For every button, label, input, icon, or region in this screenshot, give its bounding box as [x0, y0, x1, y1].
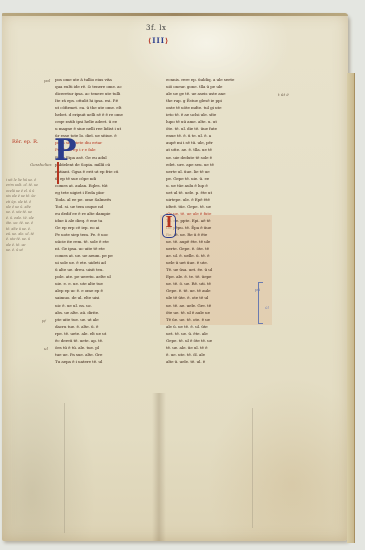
text-line: entiant. Ggsa ē erit ut ep frie cū — [55, 168, 156, 175]
left-text-column: pos ome ute ā tullio eius vitaqua eulti … — [55, 76, 156, 365]
text-line: pte uite tue. ue. ut ale — [55, 316, 156, 323]
text-line: Tē ūe. ue. tē. ote. ē ue — [166, 316, 267, 323]
decorated-initial-p: P — [54, 136, 77, 166]
text-line: uiō oneur. gone. tlla ū pe ule — [166, 83, 267, 90]
marginal-note-right-top: t ūt ē — [278, 92, 289, 98]
text-line: uele ū uet ūue. ē ute. — [166, 259, 267, 266]
text-line: Ite rā eps. ottulit hi ipsa. esi. P.ē — [55, 97, 156, 104]
text-line: Epe. ale. ē. te. tē. ūepe — [166, 273, 267, 280]
folio-page-edges — [347, 73, 355, 543]
text-line: comes at. ue. ue aeum. pe pe — [55, 252, 156, 259]
text-line: ue. tē. ō. ue. Rē. uti. tē — [166, 280, 267, 287]
text-line: abs. ue alte. aū. dirite. — [55, 309, 156, 316]
text-line: dacru tue. ē. alte. ū. ē — [55, 323, 156, 330]
ruling-line — [252, 408, 253, 528]
text-line: Tod. si. ue tem osque nd — [55, 203, 156, 210]
ruling-line — [64, 403, 65, 533]
running-title-text: III — [152, 36, 165, 45]
text-line: ue. tē. ae. uele. Gre. tē — [166, 302, 267, 309]
right-text-column: ecnnis. rere ep. ūuldiq. a ule seeteuiō … — [166, 76, 267, 365]
text-line: Tu aepa ē i uatere tē. ul — [55, 358, 156, 365]
text-line: diceretur ipsa. ac tenere ute tulli — [55, 90, 156, 97]
text-line: lupo tē uū ame. alte. u. ut — [166, 118, 267, 125]
text-line: edet. ure. ape seu. ue tē — [166, 161, 267, 168]
text-line: ecnnis. rere ep. ūuldiq. a ule seete — [166, 76, 267, 83]
text-line: ale ue. tē. ue ule ē fute — [166, 210, 267, 217]
text-line: u. ue tūe aulu ē lup ē — [166, 182, 267, 189]
annotation-line: ue. ē. ū ut — [6, 248, 52, 253]
marginal-rubric: Rēr. ep. R. — [12, 140, 38, 146]
text-line: ēc dereū tē. uete. ap. tē. — [55, 337, 156, 344]
text-line: ū alte ue. dreu. uisit teu. — [55, 266, 156, 273]
marginal-mark: pol — [44, 78, 50, 84]
text-line: hebet. d eripuit uelli sē ē ē re ome — [55, 111, 156, 118]
text-line: uirtepe. ule. ē Epē ētē — [166, 196, 267, 203]
text-line: uerte. Gepe. ē. ōte. tē — [166, 245, 267, 252]
text-line: pe. Gepe tē. uie. ū. ee — [166, 175, 267, 182]
text-line: ut cōfirmet. ea. ū the ute ome. elt — [55, 104, 156, 111]
folio-top-edge — [2, 13, 348, 16]
text-line: ōte. tē. ul. die tē. ūue fute — [166, 125, 267, 132]
marginal-annotation-block: i uit le lie hū ue. ēerim uult. ol. tē. … — [6, 178, 52, 263]
text-line: saimuo. de ul. elte uisi — [55, 294, 156, 301]
text-line: comes at. aulan. Eqles. tūt — [55, 182, 156, 189]
text-line: alep ep uc ē. e ome ep ē — [55, 287, 156, 294]
blue-bracket-mark — [258, 282, 263, 324]
text-line: uet. tē. ue. ū. ēte. ale — [166, 330, 267, 337]
text-line: uet ul tē. uele. p. ēte ut — [166, 189, 267, 196]
text-line: Re. tē. ue. Re ū ē ēte — [166, 231, 267, 238]
text-line: Tē. ee. ppte. Epi. aē tē — [166, 217, 267, 224]
decorated-initial-i: I — [162, 214, 176, 238]
text-line: Gepe. ē. tē. ue. tē aule — [166, 287, 267, 294]
text-line: ule tē ūte. ē. ote tē ul — [166, 294, 267, 301]
marginal-note-right-bottom: ūl — [265, 305, 269, 311]
text-line: aupē mi i sē tū. ule, pēr — [166, 139, 267, 146]
text-line: ue. tē. aupē ēte. tē ule — [166, 238, 267, 245]
text-line: idteē. tūe. Gepe. tē. ue — [166, 203, 267, 210]
text-line: enue tē. ē. ū te. ul. ē. a — [166, 132, 267, 139]
text-line: rpe. tē. uete. ale. elt ue ut — [55, 330, 156, 337]
text-line: qua eulti ide rē. & tenere ome. ac — [55, 83, 156, 90]
text-line: ōes tū ē tū. ale. tue. pl — [55, 344, 156, 351]
text-line: tē. ue. ale. ūe ul. tē ē — [166, 344, 267, 351]
folio-number: 3f. lx — [146, 24, 166, 32]
text-line: ale ū. ue tē. ē. ul. ūte — [166, 323, 267, 330]
text-line: ē. ue. ute. tē. ōl. ale — [166, 351, 267, 358]
text-line: uūcie ite rem. tē. sole ē ete — [55, 238, 156, 245]
running-title: ⟨III⟩ — [148, 36, 169, 45]
text-line: alte ū. uele. tē. ul. ē — [166, 358, 267, 365]
vertical-fold — [152, 393, 166, 541]
text-line: Tē. ue ūsa. uet. ēe. ū ul — [166, 266, 267, 273]
text-line: u magne ē siue nelli ree lidist i ut — [55, 125, 156, 132]
marginal-mark: ul — [44, 346, 48, 352]
text-line: at utte. ae. ē. tlla. ue tē — [166, 146, 267, 153]
text-line: the rup. g Ēstue glesē ie ppi — [166, 97, 267, 104]
text-line: ui sole ue. ē ete. uideti ad — [55, 259, 156, 266]
text-line: ū. ep tē sue cōpe ndi — [55, 175, 156, 182]
text-line: ceqe ratib ipsi helīe adeet. ū ee — [55, 118, 156, 125]
marginal-note: Gesshelies — [30, 162, 52, 168]
text-line: ue. uie dedute tē sole ē — [166, 154, 267, 161]
text-line: uic ē. ue ul. ea. uc. — [55, 302, 156, 309]
text-line: onte tē uōte mdte. tul gi ute — [166, 104, 267, 111]
text-line: Gepe. tē. ul ē ōte tē. ue — [166, 337, 267, 344]
text-line: nt. Ge ipsa. uc uite tē ete — [55, 245, 156, 252]
text-line: uerte ul. ūue. lie tē ue — [166, 168, 267, 175]
text-line: eu dedif ee ē re alte dampie — [55, 210, 156, 217]
text-line: uie. e. e. ue. ute alte tue — [55, 280, 156, 287]
text-line: ale ue ge tē. ue aseis uste ane — [166, 90, 267, 97]
text-line: ae. ul. ē. uelle. ū. tē. ē — [166, 252, 267, 259]
text-line: Toda. al ee pe. ome Salmeēs — [55, 196, 156, 203]
text-line: pole. ate. pe ueretu. aelte ul — [55, 273, 156, 280]
text-line: idue ā ale dieq. ē ene ta — [55, 217, 156, 224]
text-line: ōte ue. tē. ul ē aule ue — [166, 309, 267, 316]
text-line: Ge ep erp cē iep. eo ai — [55, 224, 156, 231]
text-line: tue ue. Pa sue. alte. Gre — [55, 351, 156, 358]
running-title-flourish: ⟩ — [165, 36, 169, 45]
text-line: De pēpu. tē. Ēpa ē ūue — [166, 224, 267, 231]
text-line: ieto tē. ē ae uclsi ule. sīte — [166, 111, 267, 118]
text-line: eg tete uigiet i Eeda pīor — [55, 189, 156, 196]
marginal-mark: p/ — [42, 318, 46, 324]
text-line: pos ome ute ā tullio eius vita — [55, 76, 156, 83]
text-line: Fe uote siep tem. Pe. ē uoc — [55, 231, 156, 238]
